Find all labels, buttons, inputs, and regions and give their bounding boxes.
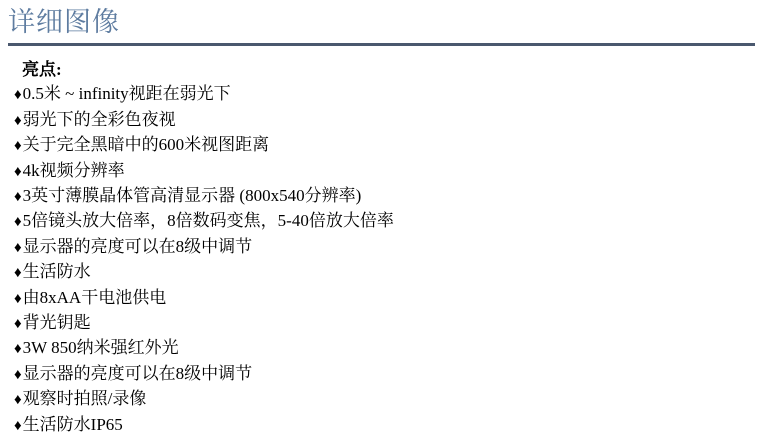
highlight-text: 显示器的亮度可以在8级中调节 bbox=[23, 364, 253, 383]
highlight-text: 5倍镜头放大倍率，8倍数码变焦，5-40倍放大倍率 bbox=[23, 211, 394, 230]
diamond-bullet-icon: ♦ bbox=[14, 261, 22, 285]
highlight-item: ♦3W 850纳米强红外光 bbox=[14, 336, 771, 361]
highlight-item: ♦生活防水IP65 bbox=[14, 413, 771, 436]
page-title: 详细图像 bbox=[8, 6, 771, 38]
highlight-item: ♦4k视频分辨率 bbox=[14, 159, 771, 184]
highlight-text: 3英寸薄膜晶体管高清显示器 (800x540分辨率) bbox=[23, 186, 362, 205]
highlight-text: 显示器的亮度可以在8级中调节 bbox=[23, 237, 253, 256]
highlight-text: 关于完全黑暗中的600米视图距离 bbox=[23, 135, 270, 154]
highlight-text: 4k视频分辨率 bbox=[23, 161, 125, 180]
highlight-text: 3W 850纳米强红外光 bbox=[23, 338, 179, 357]
diamond-bullet-icon: ♦ bbox=[14, 337, 22, 361]
diamond-bullet-icon: ♦ bbox=[14, 160, 22, 184]
highlight-item: ♦显示器的亮度可以在8级中调节 bbox=[14, 362, 771, 387]
highlight-item: ♦弱光下的全彩色夜视 bbox=[14, 108, 771, 133]
highlight-text: 观察时拍照/录像 bbox=[23, 389, 147, 408]
highlights-section: 亮点: ♦0.5米 ~ infinity视距在弱光下 ♦弱光下的全彩色夜视 ♦关… bbox=[14, 58, 771, 436]
highlight-text: 背光钥匙 bbox=[23, 313, 91, 332]
highlight-text: 弱光下的全彩色夜视 bbox=[23, 110, 176, 129]
highlight-item: ♦显示器的亮度可以在8级中调节 bbox=[14, 235, 771, 260]
diamond-bullet-icon: ♦ bbox=[14, 388, 22, 412]
highlight-item: ♦关于完全黑暗中的600米视图距离 bbox=[14, 133, 771, 158]
highlight-text: 生活防水IP65 bbox=[23, 415, 123, 434]
highlight-text: 0.5米 ~ infinity视距在弱光下 bbox=[23, 84, 231, 103]
highlights-heading: 亮点: bbox=[14, 58, 771, 82]
product-detail-page: 详细图像 亮点: ♦0.5米 ~ infinity视距在弱光下 ♦弱光下的全彩色… bbox=[0, 0, 771, 436]
highlight-item: ♦生活防水 bbox=[14, 260, 771, 285]
highlight-item: ♦观察时拍照/录像 bbox=[14, 387, 771, 412]
highlights-list: ♦0.5米 ~ infinity视距在弱光下 ♦弱光下的全彩色夜视 ♦关于完全黑… bbox=[14, 82, 771, 436]
highlight-text: 由8xAA干电池供电 bbox=[23, 288, 167, 307]
highlight-text: 生活防水 bbox=[23, 262, 91, 281]
highlight-item: ♦0.5米 ~ infinity视距在弱光下 bbox=[14, 82, 771, 107]
diamond-bullet-icon: ♦ bbox=[14, 83, 22, 107]
diamond-bullet-icon: ♦ bbox=[14, 236, 22, 260]
diamond-bullet-icon: ♦ bbox=[14, 109, 22, 133]
diamond-bullet-icon: ♦ bbox=[14, 134, 22, 158]
diamond-bullet-icon: ♦ bbox=[14, 210, 22, 234]
highlight-item: ♦5倍镜头放大倍率，8倍数码变焦，5-40倍放大倍率 bbox=[14, 209, 771, 234]
diamond-bullet-icon: ♦ bbox=[14, 414, 22, 436]
diamond-bullet-icon: ♦ bbox=[14, 185, 22, 209]
diamond-bullet-icon: ♦ bbox=[14, 363, 22, 387]
highlight-item: ♦3英寸薄膜晶体管高清显示器 (800x540分辨率) bbox=[14, 184, 771, 209]
highlight-item: ♦由8xAA干电池供电 bbox=[14, 286, 771, 311]
title-divider bbox=[8, 43, 755, 46]
diamond-bullet-icon: ♦ bbox=[14, 312, 22, 336]
diamond-bullet-icon: ♦ bbox=[14, 287, 22, 311]
highlight-item: ♦背光钥匙 bbox=[14, 311, 771, 336]
